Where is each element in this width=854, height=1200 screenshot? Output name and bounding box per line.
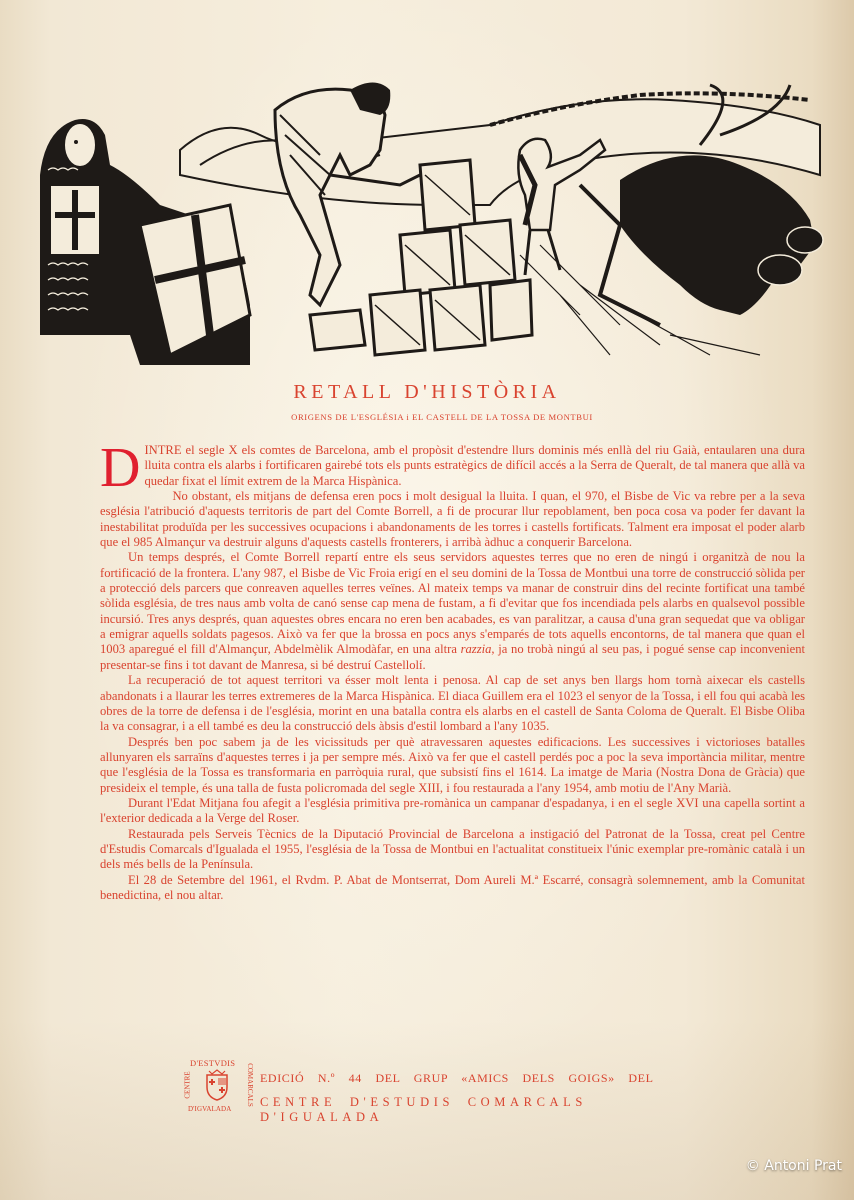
publisher-line: CENTRE D'ESTUDIS COMARCALS D'IGUALADA — [260, 1095, 678, 1125]
paragraph-3: Un temps després, el Comte Borrell repar… — [100, 550, 805, 673]
paragraph-1: DINTRE el segle X els comtes de Barcelon… — [100, 443, 805, 489]
paragraph-5: Després ben poc sabem ja de les vicissit… — [100, 735, 805, 796]
page-title: RETALL D'HISTÒRIA — [0, 381, 854, 404]
edition-line: EDICIÓ N.º 44 DEL GRUP «AMICS DELS GOIGS… — [260, 1071, 654, 1086]
drop-cap: D — [100, 445, 140, 491]
paragraph-4: La recuperació de tot aquest territori v… — [100, 673, 805, 734]
italic-term: razzia — [461, 642, 492, 656]
centre-seal-logo: D'ESTVDIS CENTRE COMARCALS D'IGVALADA — [188, 1057, 246, 1115]
woodcut-illustration — [20, 55, 830, 370]
paragraph-7: Restaurada pels Serveis Tècnics de la Di… — [100, 827, 805, 873]
page-subtitle: ORIGENS DE L'ESGLÉSIA i EL CASTELL DE LA… — [0, 412, 854, 422]
woodcut-image — [20, 55, 830, 370]
article-body: DINTRE el segle X els comtes de Barcelon… — [100, 443, 805, 903]
paragraph-2: No obstant, els mitjans de defensa eren … — [100, 489, 805, 550]
paragraph-6: Durant l'Edat Mitjana fou afegit a l'esg… — [100, 796, 805, 827]
coat-of-arms-icon — [204, 1069, 230, 1101]
footer-imprint: D'ESTVDIS CENTRE COMARCALS D'IGVALADA ED… — [188, 1057, 678, 1117]
paragraph-8: El 28 de Setembre del 1961, el Rvdm. P. … — [100, 873, 805, 904]
copyright-watermark: © Antoni Prat — [746, 1158, 842, 1174]
